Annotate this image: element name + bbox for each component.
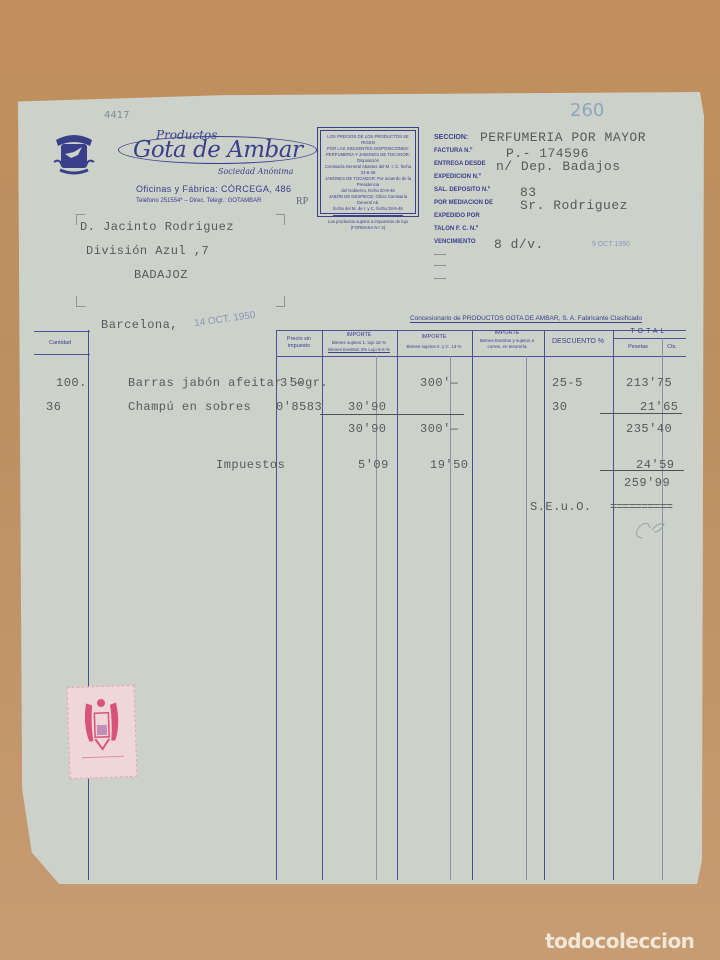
impuestos-label: Impuestos [216,458,285,472]
subtotal-importe-lujo: 30'90 [348,422,387,436]
pencil-note-left: 4417 [104,110,129,121]
col-cantidad: Cantidad [34,340,86,347]
spanish-eagle-fiscal-stamp-icon [78,694,126,762]
column-divider [88,330,89,880]
column-divider [544,330,545,880]
col-importe-exentos-title: IMPORTE [472,330,542,337]
row1-total: 213'75 [626,376,672,390]
blank-line [434,278,446,279]
row2-cantidad: 36 [46,400,61,414]
pencil-check-mark-icon [630,518,670,544]
col-total: TOTAL [614,328,684,335]
entrega-value: n/ Dep. Badajos [496,159,621,174]
blank-line [434,265,446,266]
invoice-paper: 4417 260 Productos Gota de Ambar Socieda… [18,92,704,884]
column-divider [397,330,398,880]
date-stamp: 9 OCT 1950 [592,241,630,248]
col-importe-lujo-sub1: Bienes sujetos 1. lujo 15 % [322,340,396,346]
blank-line [434,254,446,255]
row2-precio: 0'8583 [276,400,322,414]
factura-label: FACTURA N.º [434,148,472,154]
rp-mark: RP [296,196,308,207]
recipient-city: BADAJOZ [134,268,234,282]
col-pesetas: Pesetas [614,344,662,351]
legal-line: fecha del M. de I. y C. fecha 28-9-46 [323,206,413,212]
seccion-value: PERFUMERIA POR MAYOR [480,130,646,145]
col-precio: Precio sin impuesto [278,336,320,350]
legal-line: Comisaría General Abastos del M. I. C. f… [323,164,413,176]
legal-footer: (FORMASA N.º 2) [323,225,413,231]
row2-total: 21'65 [640,400,679,414]
legal-line: PERFUMERÍA Y JABONES DE TOCADOR: Disposi… [323,152,413,164]
column-divider [472,330,473,880]
header-bottom-rule [276,356,686,357]
date-received-stamp: 14 OCT. 1950 [194,310,257,329]
closing-rule: ========== [610,500,672,514]
legal-line: JABÓN DE DESPIECE: Oficio Comisaría Gene… [323,194,413,206]
place: Barcelona, [101,318,178,332]
total-split-rule [614,338,686,339]
col-cts: Cts. [660,344,684,351]
expedido-label: EXPEDIDO POR [434,213,480,219]
sum-rule [320,414,464,415]
expedicion-label: EXPEDICION N.º [434,174,481,180]
subtotal-importe-ii: 300'— [420,422,459,436]
company-phone: Teléfono 251554* – Direc. Telegr.: GOTAM… [136,198,262,204]
company-address: Oficinas y Fábrica: CÓRCEGA, 486 [136,184,291,194]
recipient-address: D. Jacinto Rodriguez División Azul ,7 BA… [80,220,234,292]
row1-precio: 3'— [280,376,303,390]
column-divider [526,356,527,880]
col-descuento: DESCUENTO % [544,338,612,345]
legal-line: LOS PRECIOS DE LOS PRODUCTOS SE RIGEN [323,134,413,146]
agency-note: Concesionario de PRODUCTOS GOTA DE AMBAR… [410,315,642,323]
header-rule [34,331,90,332]
seccion-label: SECCION: [434,134,468,141]
address-window-corner [76,296,85,307]
col-importe-exentos-sub: Bienes Exentos y sujetos a corres. en te… [474,338,540,350]
talon-label: TALON F. C. N.º [434,226,478,232]
salvo-error: S.E.u.O. [530,500,592,514]
row2-articulo: Champú en sobres [128,400,251,414]
sum-rule [600,413,682,414]
recipient-name: D. Jacinto Rodriguez [80,220,234,234]
row1-cantidad: 100. [56,376,87,390]
grand-total: 259'99 [624,476,670,490]
mediacion-value: Sr. Rodriguez [520,198,628,213]
fiscal-stamp [66,685,137,779]
row2-importe-lujo: 30'90 [348,400,387,414]
row2-descuento: 30 [552,400,567,414]
deposito-label: SAL. DEPOSITO N.º [434,187,490,193]
brand-name: Gota de Ambar [118,136,317,164]
legal-line: JABONES DE TOCADOR: Por acuerdo de la Pr… [323,176,413,188]
row1-importe-ii: 300'— [420,376,459,390]
mediacion-label: POR MEDIACION DE [434,200,493,206]
watermark: todocoleccion [545,929,694,953]
col-importe-lujo-title: IMPORTE [323,332,395,339]
vencimiento-value: 8 d/v. [494,237,544,252]
pencil-note-right: 260 [570,100,604,121]
header-rule [34,354,90,355]
impuestos-importe-ii: 19'50 [430,458,469,472]
price-regulation-box: LOS PRECIOS DE LOS PRODUCTOS SE RIGEN PO… [320,130,416,214]
subtotal-total: 235'40 [626,422,672,436]
col-importe-lujo-sub2: Bienes Exentos 3% Lujo 8·5 % [322,347,396,353]
col-importe-ii-sub: Bienes sujetos II. y C. 13 % [398,343,470,350]
invoice-meta: SECCION: PERFUMERIA POR MAYOR FACTURA N.… [434,130,446,279]
sum-rule [600,470,684,471]
address-window-corner [276,214,285,225]
column-divider [662,338,663,880]
entrega-label: ENTREGA DESDE [434,161,485,167]
bird-shield-emblem-icon [52,130,96,176]
brand-suffix: Sociedad Anónima [218,167,293,176]
recipient-street: División Azul ,7 [86,244,234,258]
vencimiento-label: VENCIMIENTO [434,239,476,245]
address-window-corner [276,296,285,307]
impuestos-importe-lujo: 5'09 [358,458,389,472]
row1-descuento: 25-5 [552,376,583,390]
col-importe-ii-title: IMPORTE [398,334,470,341]
